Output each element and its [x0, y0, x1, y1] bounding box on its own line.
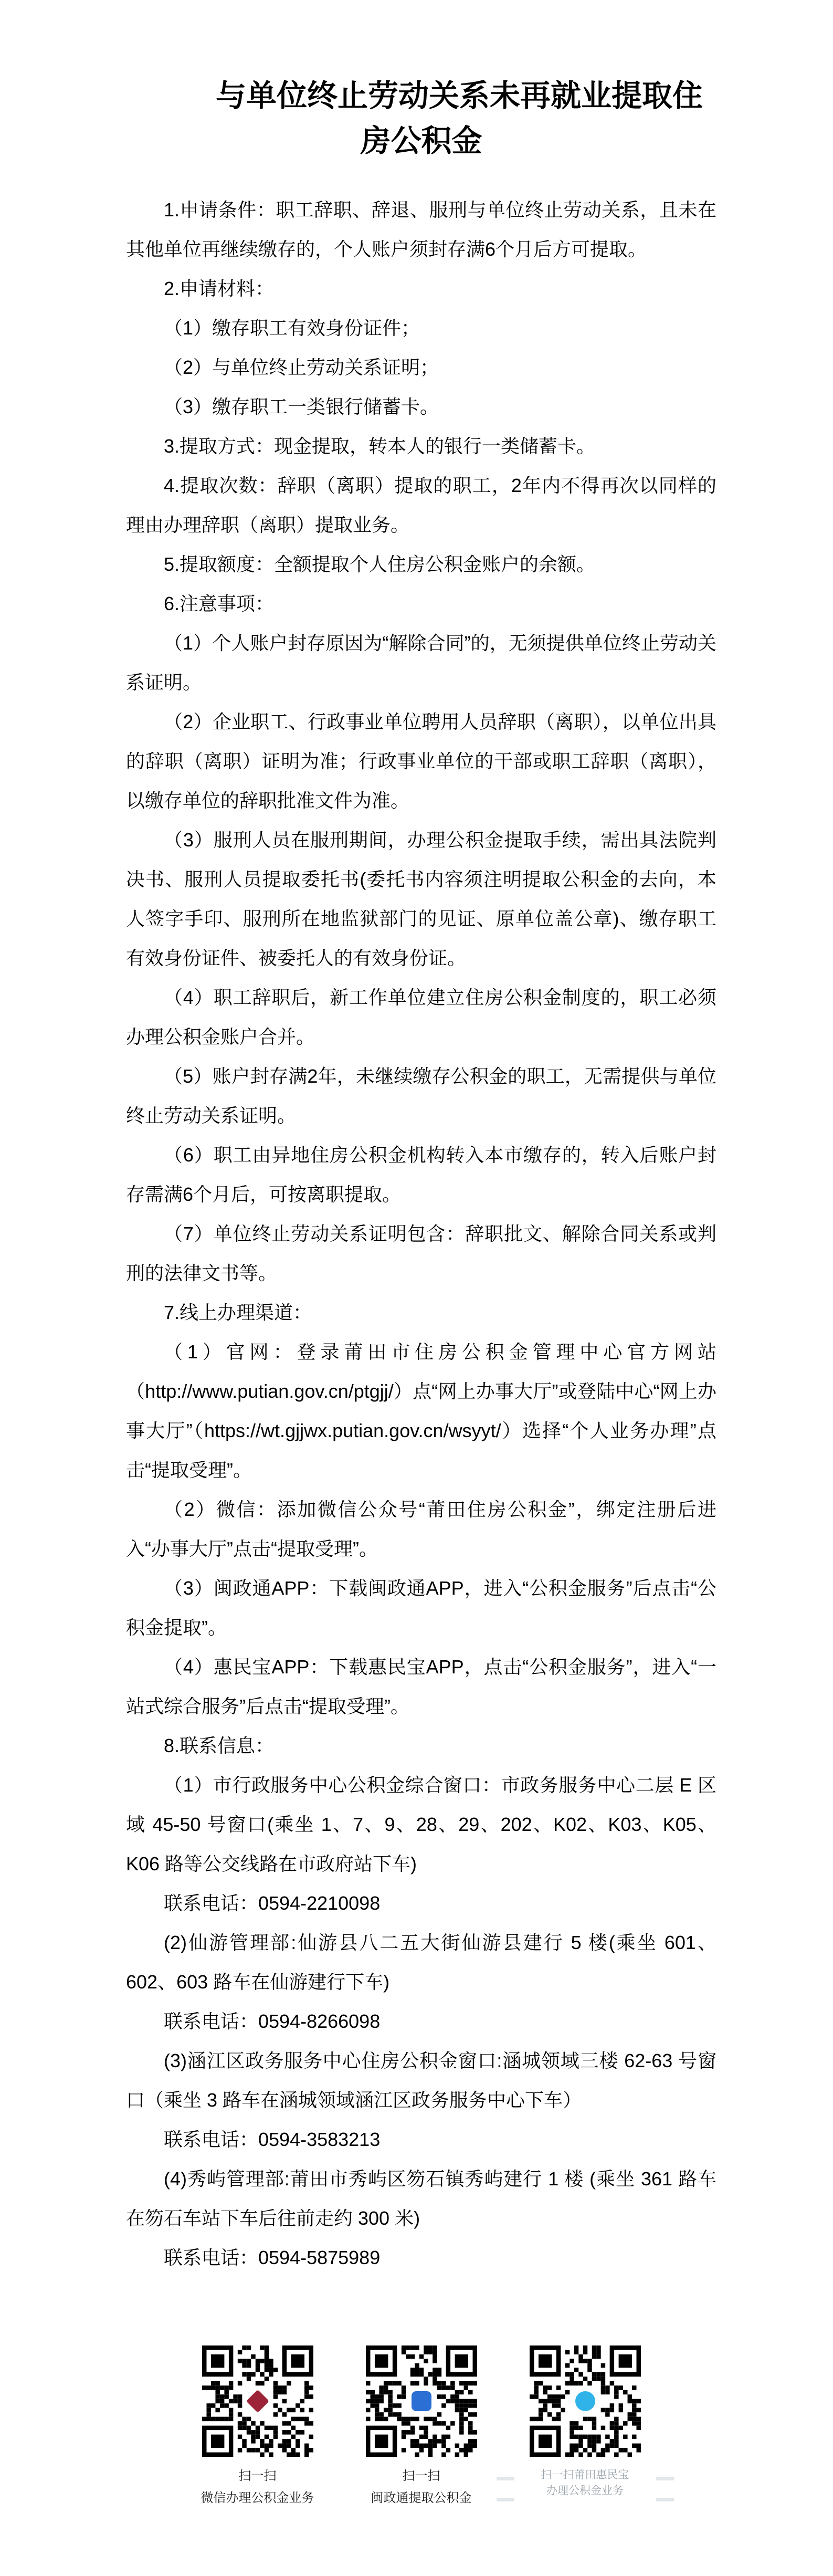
logo-square-shape — [412, 2391, 431, 2411]
paragraph: 5.提取额度：全额提取个人住房公积金账户的余额。 — [126, 544, 716, 584]
paragraph: 联系电话：0594-2210098 — [126, 1883, 716, 1923]
qr-caption-line1: 扫一扫 — [192, 2465, 323, 2487]
paragraph: （2）与单位终止劳动关系证明； — [126, 348, 716, 387]
qr-caption-line1: 扫一扫 — [356, 2465, 487, 2487]
paragraph: （5）账户封存满2年，未继续缴存公积金的职工，无需提供与单位终止劳动关系证明。 — [126, 1056, 716, 1135]
paragraph: （1）市行政服务中心公积金综合窗口：市政务服务中心二层 E 区域 45-50 号… — [126, 1765, 716, 1883]
qr-caption-line2: 闽政通提取公积金 — [356, 2487, 487, 2509]
putian-housing-fund-logo-icon — [244, 2387, 272, 2415]
qr-caption-line1: 扫一扫莆田惠民宝 — [520, 2467, 651, 2483]
logo-diamond-shape — [246, 2390, 269, 2413]
qr-caption-line2: 办理公积金业务 — [520, 2483, 651, 2499]
paragraph: （2）企业职工、行政事业单位聘用人员辞职（离职），以单位出具的辞职（离职）证明为… — [126, 702, 716, 820]
paragraph: 联系电话：0594-5875989 — [126, 2238, 716, 2277]
paragraph: （1）官网：登录莆田市住房公积金管理中心官方网站（http://www.puti… — [126, 1332, 716, 1490]
paragraph: (2)仙游管理部:仙游县八二五大街仙游县建行 5 楼(乘坐 601、602、60… — [126, 1923, 716, 2002]
paragraph: 6.注意事项： — [126, 584, 716, 623]
qr-code-huiminbao — [530, 2345, 641, 2457]
qr-code-wechat — [202, 2345, 313, 2457]
document-content: 与单位终止劳动关系未再就业提取住房公积金 1.申请条件：职工辞职、辞退、服刑与单… — [126, 74, 716, 2509]
qr-code-minzhengtong — [366, 2345, 477, 2457]
qr-caption: 扫一扫莆田惠民宝 办理公积金业务 — [520, 2467, 651, 2499]
paragraph: （1）缴存职工有效身份证件； — [126, 308, 716, 348]
paragraph: 1.申请条件：职工辞职、辞退、服刑与单位终止劳动关系，且未在其他单位再继续缴存的… — [126, 190, 716, 269]
paragraph: （7）单位终止劳动关系证明包含：辞职批文、解除合同关系或判刑的法律文书等。 — [126, 1214, 716, 1293]
qr-caption: 扫一扫 闽政通提取公积金 — [356, 2465, 487, 2509]
qr-section: 扫一扫 微信办理公积金业务 扫一扫 闽政通提取公积金 — [126, 2345, 716, 2509]
qr-caption-line2: 微信办理公积金业务 — [192, 2487, 323, 2509]
paragraph: (4)秀屿管理部:莆田市秀屿区笏石镇秀屿建行 1 楼 (乘坐 361 路车在笏石… — [126, 2159, 716, 2238]
paragraph: (3)涵江区政务服务中心住房公积金窗口:涵城领域三楼 62-63 号窗口（乘坐 … — [126, 2041, 716, 2120]
qr-caption: 扫一扫 微信办理公积金业务 — [192, 2465, 323, 2509]
logo-circle-shape — [575, 2391, 595, 2411]
paragraph: （2）微信：添加微信公众号“莆田住房公积金”，绑定注册后进入“办事大厅”点击“提… — [126, 1490, 716, 1568]
qr-item-wechat: 扫一扫 微信办理公积金业务 — [192, 2345, 323, 2509]
document-page: 与单位终止劳动关系未再就业提取住房公积金 1.申请条件：职工辞职、辞退、服刑与单… — [0, 0, 833, 2576]
paragraph: 4.提取次数：辞职（离职）提取的职工，2年内不得再次以同样的理由办理辞职（离职）… — [126, 466, 716, 544]
qr-item-huiminbao: 扫一扫莆田惠民宝 办理公积金业务 — [520, 2345, 651, 2499]
paragraph: （3）服刑人员在服刑期间，办理公积金提取手续，需出具法院判决书、服刑人员提取委托… — [126, 820, 716, 978]
paragraph: 2.申请材料： — [126, 269, 716, 308]
paragraph: （1）个人账户封存原因为“解除合同”的，无须提供单位终止劳动关系证明。 — [126, 623, 716, 702]
minzhengtong-app-logo-icon — [407, 2387, 436, 2415]
paragraph: （4）职工辞职后，新工作单位建立住房公积金制度的，职工必须办理公积金账户合并。 — [126, 978, 716, 1056]
huiminbao-app-logo-icon — [571, 2387, 599, 2415]
paragraph: （3）缴存职工一类银行储蓄卡。 — [126, 387, 716, 426]
page-title: 与单位终止劳动关系未再就业提取住房公积金 — [126, 74, 716, 164]
paragraph: 联系电话：0594-3583213 — [126, 2120, 716, 2159]
document-body: 1.申请条件：职工辞职、辞退、服刑与单位终止劳动关系，且未在其他单位再继续缴存的… — [126, 190, 716, 2277]
paragraph: 3.提取方式：现金提取，转本人的银行一类储蓄卡。 — [126, 426, 716, 466]
paragraph: 7.线上办理渠道： — [126, 1293, 716, 1332]
paragraph: 联系电话：0594-8266098 — [126, 2002, 716, 2041]
paragraph: 8.联系信息： — [126, 1726, 716, 1765]
qr-item-minzhengtong: 扫一扫 闽政通提取公积金 — [356, 2345, 487, 2509]
paragraph: （4）惠民宝APP：下载惠民宝APP，点击“公积金服务”，进入“一站式综合服务”… — [126, 1647, 716, 1726]
paragraph: （6）职工由异地住房公积金机构转入本市缴存的，转入后账户封存需满6个月后，可按离… — [126, 1135, 716, 1214]
paragraph: （3）闽政通APP：下载闽政通APP，进入“公积金服务”后点击“公积金提取”。 — [126, 1568, 716, 1647]
